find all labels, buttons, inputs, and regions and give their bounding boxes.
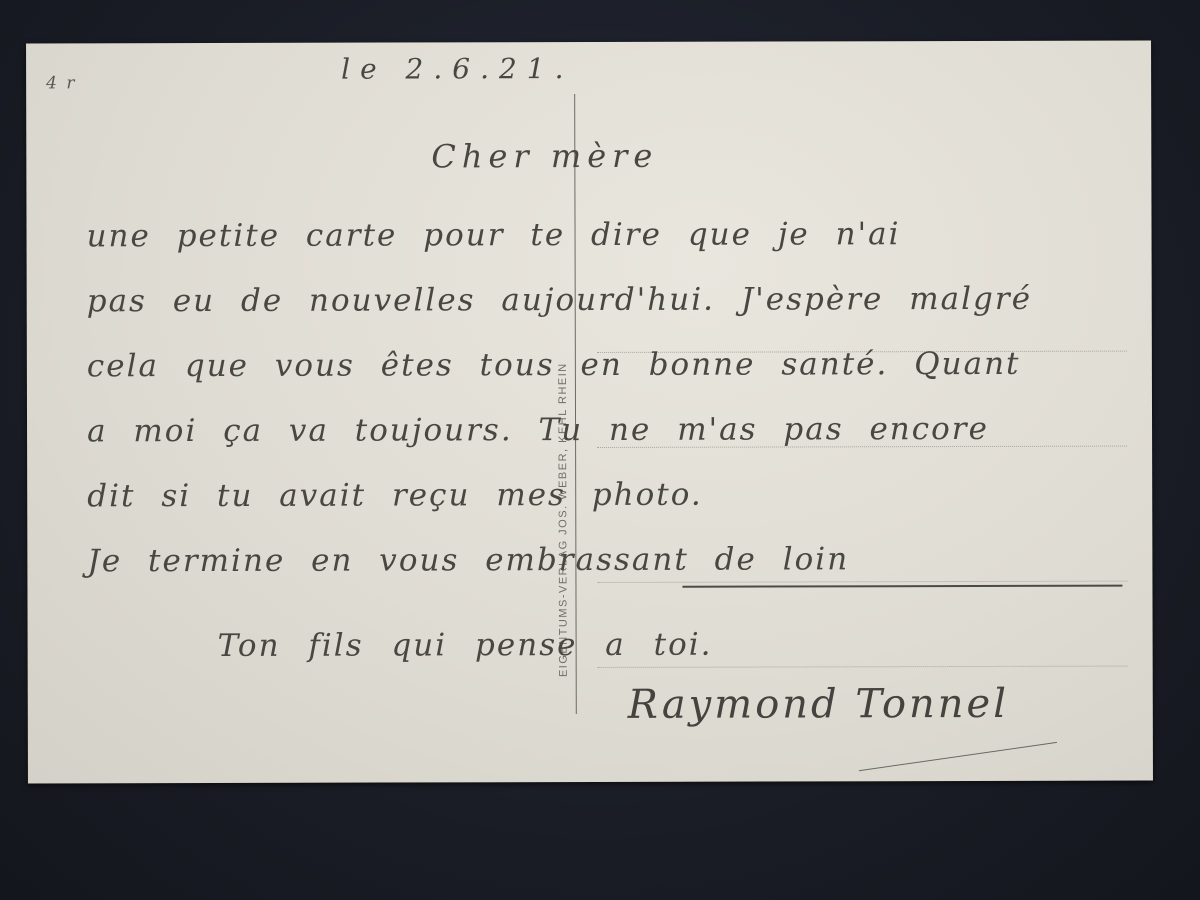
message-line: a moi ça va toujours. Tu ne m'as pas enc… bbox=[87, 411, 989, 449]
address-line bbox=[598, 666, 1128, 668]
ink-underline bbox=[682, 585, 1122, 588]
center-divider-line bbox=[574, 94, 577, 714]
signature-flourish bbox=[859, 742, 1057, 771]
message-line: pas eu de nouvelles aujourd'hui. J'espèr… bbox=[87, 281, 1032, 319]
salutation: Cher mère bbox=[431, 137, 658, 176]
message-line: dit si tu avait reçu mes photo. bbox=[87, 477, 703, 515]
message-line: cela que vous êtes tous en bonne santé. … bbox=[87, 346, 1021, 384]
signature: Raymond Tonnel bbox=[628, 681, 1009, 728]
corner-mark: 4 r bbox=[46, 73, 76, 93]
message-line: Je termine en vous embrassant de loin bbox=[87, 541, 849, 579]
date: le 2.6.21. bbox=[341, 52, 573, 86]
closing-line: Ton fils qui pense a toi. bbox=[218, 627, 713, 664]
postcard-back: EIGENTUMS-VERLAG JOS. WEBER, KEHL RHEIN … bbox=[26, 41, 1153, 784]
address-line bbox=[597, 581, 1127, 583]
message-line: une petite carte pour te dire que je n'a… bbox=[86, 216, 900, 254]
